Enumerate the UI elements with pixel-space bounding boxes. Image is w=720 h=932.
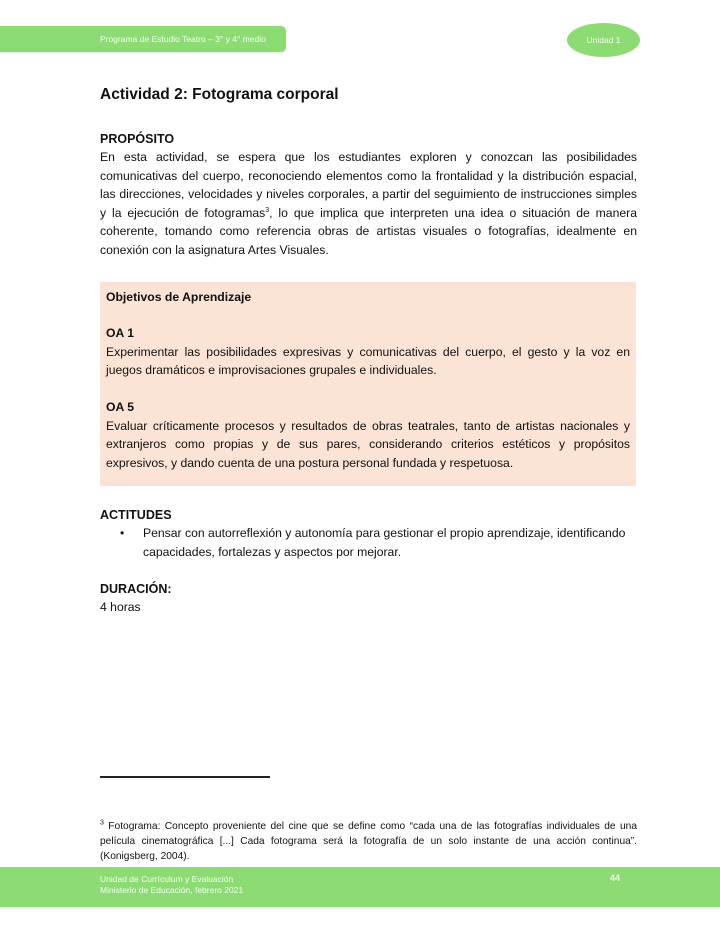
objective-text: Evaluar críticamente procesos y resultad… [106,417,630,473]
program-title: Programa de Estudio Teatro – 3° y 4° med… [100,34,266,44]
attitudes-heading: ACTITUDES [100,506,637,524]
bullet-icon: • [120,524,124,543]
footnote-text: Fotograma: Concepto proveniente del cine… [100,821,637,862]
footer-line-ministry: Ministerio de Educación, febrero 2021 [100,885,243,896]
footer-credits: Unidad de Currículum y Evaluación Minist… [100,874,243,896]
duration-heading: DURACIÓN: [100,580,637,598]
footer-bar: Unidad de Currículum y Evaluación Minist… [0,867,720,907]
footer-line-unit: Unidad de Currículum y Evaluación [100,874,243,885]
page-title: Actividad 2: Fotograma corporal [100,84,637,106]
objectives-title: Objetivos de Aprendizaje [106,288,630,307]
unit-badge: Unidad 1 [567,23,640,57]
page-number: 44 [610,873,620,883]
header-program-bar: Programa de Estudio Teatro – 3° y 4° med… [0,26,286,52]
duration-section: DURACIÓN: 4 horas [100,580,637,617]
objective-item: OA 5 Evaluar críticamente procesos y res… [106,398,630,472]
footnote: 3 Fotograma: Concepto proveniente del ci… [100,819,637,865]
objective-code: OA 5 [106,398,630,417]
attitudes-list: • Pensar con autorreflexión y autonomía … [100,524,637,561]
objective-code: OA 1 [106,324,630,343]
learning-objectives-box: Objetivos de Aprendizaje OA 1 Experiment… [100,282,636,487]
objective-text: Experimentar las posibilidades expresiva… [106,343,630,380]
objective-item: OA 1 Experimentar las posibilidades expr… [106,324,630,380]
unit-label: Unidad 1 [586,35,620,45]
footnote-divider [100,776,270,778]
attitudes-section: ACTITUDES • Pensar con autorreflexión y … [100,506,637,561]
purpose-heading: PROPÓSITO [100,130,637,148]
purpose-text: En esta actividad, se espera que los est… [100,148,637,260]
list-item: • Pensar con autorreflexión y autonomía … [100,524,637,561]
main-content: Actividad 2: Fotograma corporal PROPÓSIT… [100,84,637,616]
duration-value: 4 horas [100,598,637,617]
purpose-section: PROPÓSITO En esta actividad, se espera q… [100,130,637,260]
attitude-text: Pensar con autorreflexión y autonomía pa… [143,526,625,559]
